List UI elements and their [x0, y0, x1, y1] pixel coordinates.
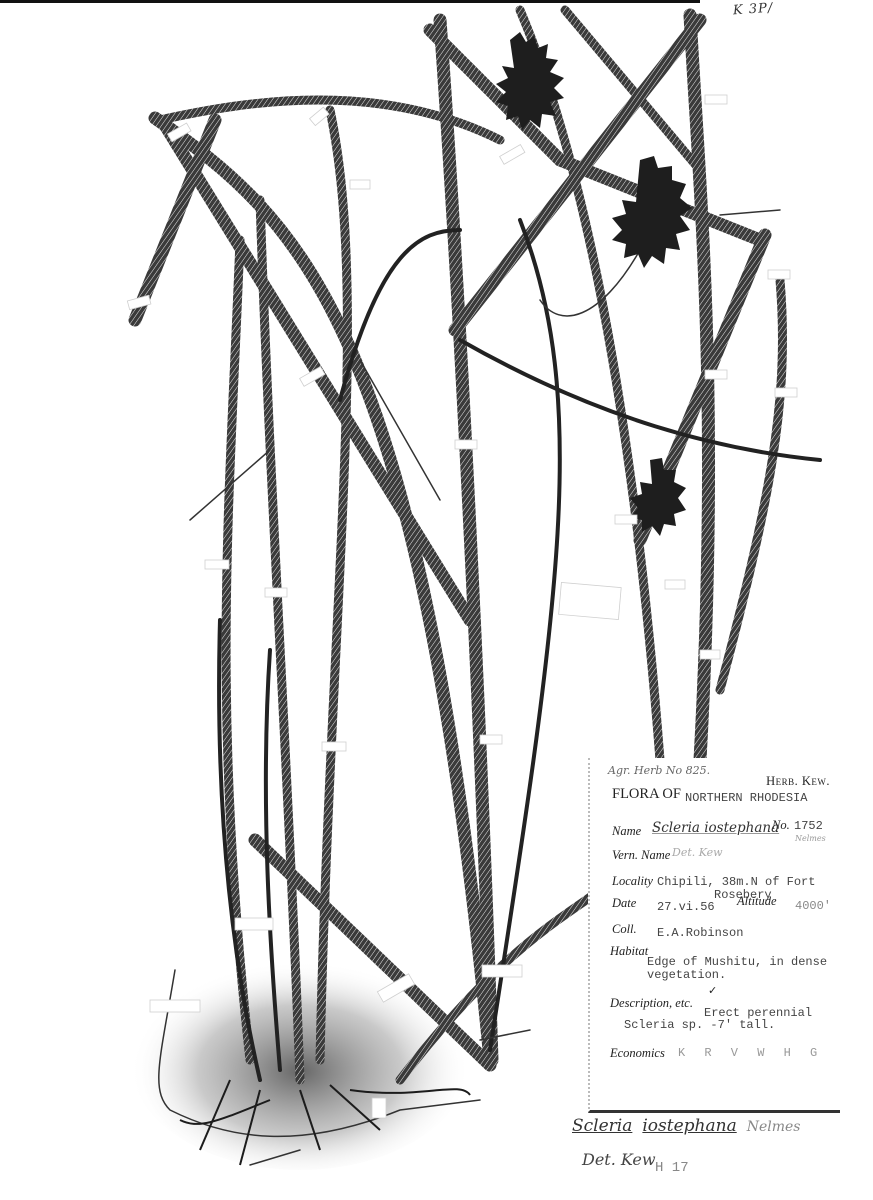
economics-label: Economics	[610, 1046, 665, 1061]
collection-label: Agr. Herb No 825. Herb. Kew. FLORA OF NO…	[588, 758, 840, 1113]
herbarium-sheet: K 3P/	[0, 0, 873, 1200]
handwritten-ref: Agr. Herb No 825.	[608, 764, 710, 777]
collector-label: Coll.	[612, 922, 637, 937]
altitude: 4000'	[795, 899, 831, 913]
vern-name: Det. Kew	[672, 846, 723, 859]
det-authority: Nelmes	[747, 1119, 801, 1135]
determined-by: Det. Kew	[582, 1150, 656, 1169]
habitat-line1: Edge of Mushitu, in dense	[647, 955, 827, 969]
det-species: iostephana	[642, 1116, 736, 1136]
date-label: Date	[612, 896, 636, 911]
description-label: Description, etc.	[610, 996, 693, 1011]
name-authority: Nelmes	[795, 834, 826, 843]
description-line2: Scleria sp. -7' tall.	[624, 1018, 775, 1032]
vern-name-label: Vern. Name	[612, 848, 670, 863]
collection-date: 27.vi.56	[657, 900, 715, 914]
collector: E.A.Robinson	[657, 926, 743, 940]
locality-line1: Chipili, 38m.N of Fort	[657, 875, 815, 889]
determination-name: ScleriaiostephanaNelmes	[572, 1116, 810, 1136]
habitat-line2: vegetation.	[647, 968, 726, 982]
herbarium-name: Herb. Kew.	[766, 774, 830, 789]
flora-heading: FLORA OF	[612, 786, 681, 803]
check-mark-icon: ✓	[708, 984, 717, 997]
economics-codes: K R V W H G	[678, 1046, 823, 1060]
altitude-label: Altitude	[737, 894, 777, 909]
det-genus: Scleria	[572, 1116, 632, 1136]
determination-code: H 17	[655, 1160, 689, 1176]
name-label: Name	[612, 824, 641, 839]
specimen-number: 1752	[794, 819, 823, 833]
locality-label: Locality	[612, 874, 653, 889]
species-name: Scleria iostephana	[652, 820, 779, 836]
region: NORTHERN RHODESIA	[685, 791, 807, 805]
habitat-label: Habitat	[610, 944, 648, 959]
